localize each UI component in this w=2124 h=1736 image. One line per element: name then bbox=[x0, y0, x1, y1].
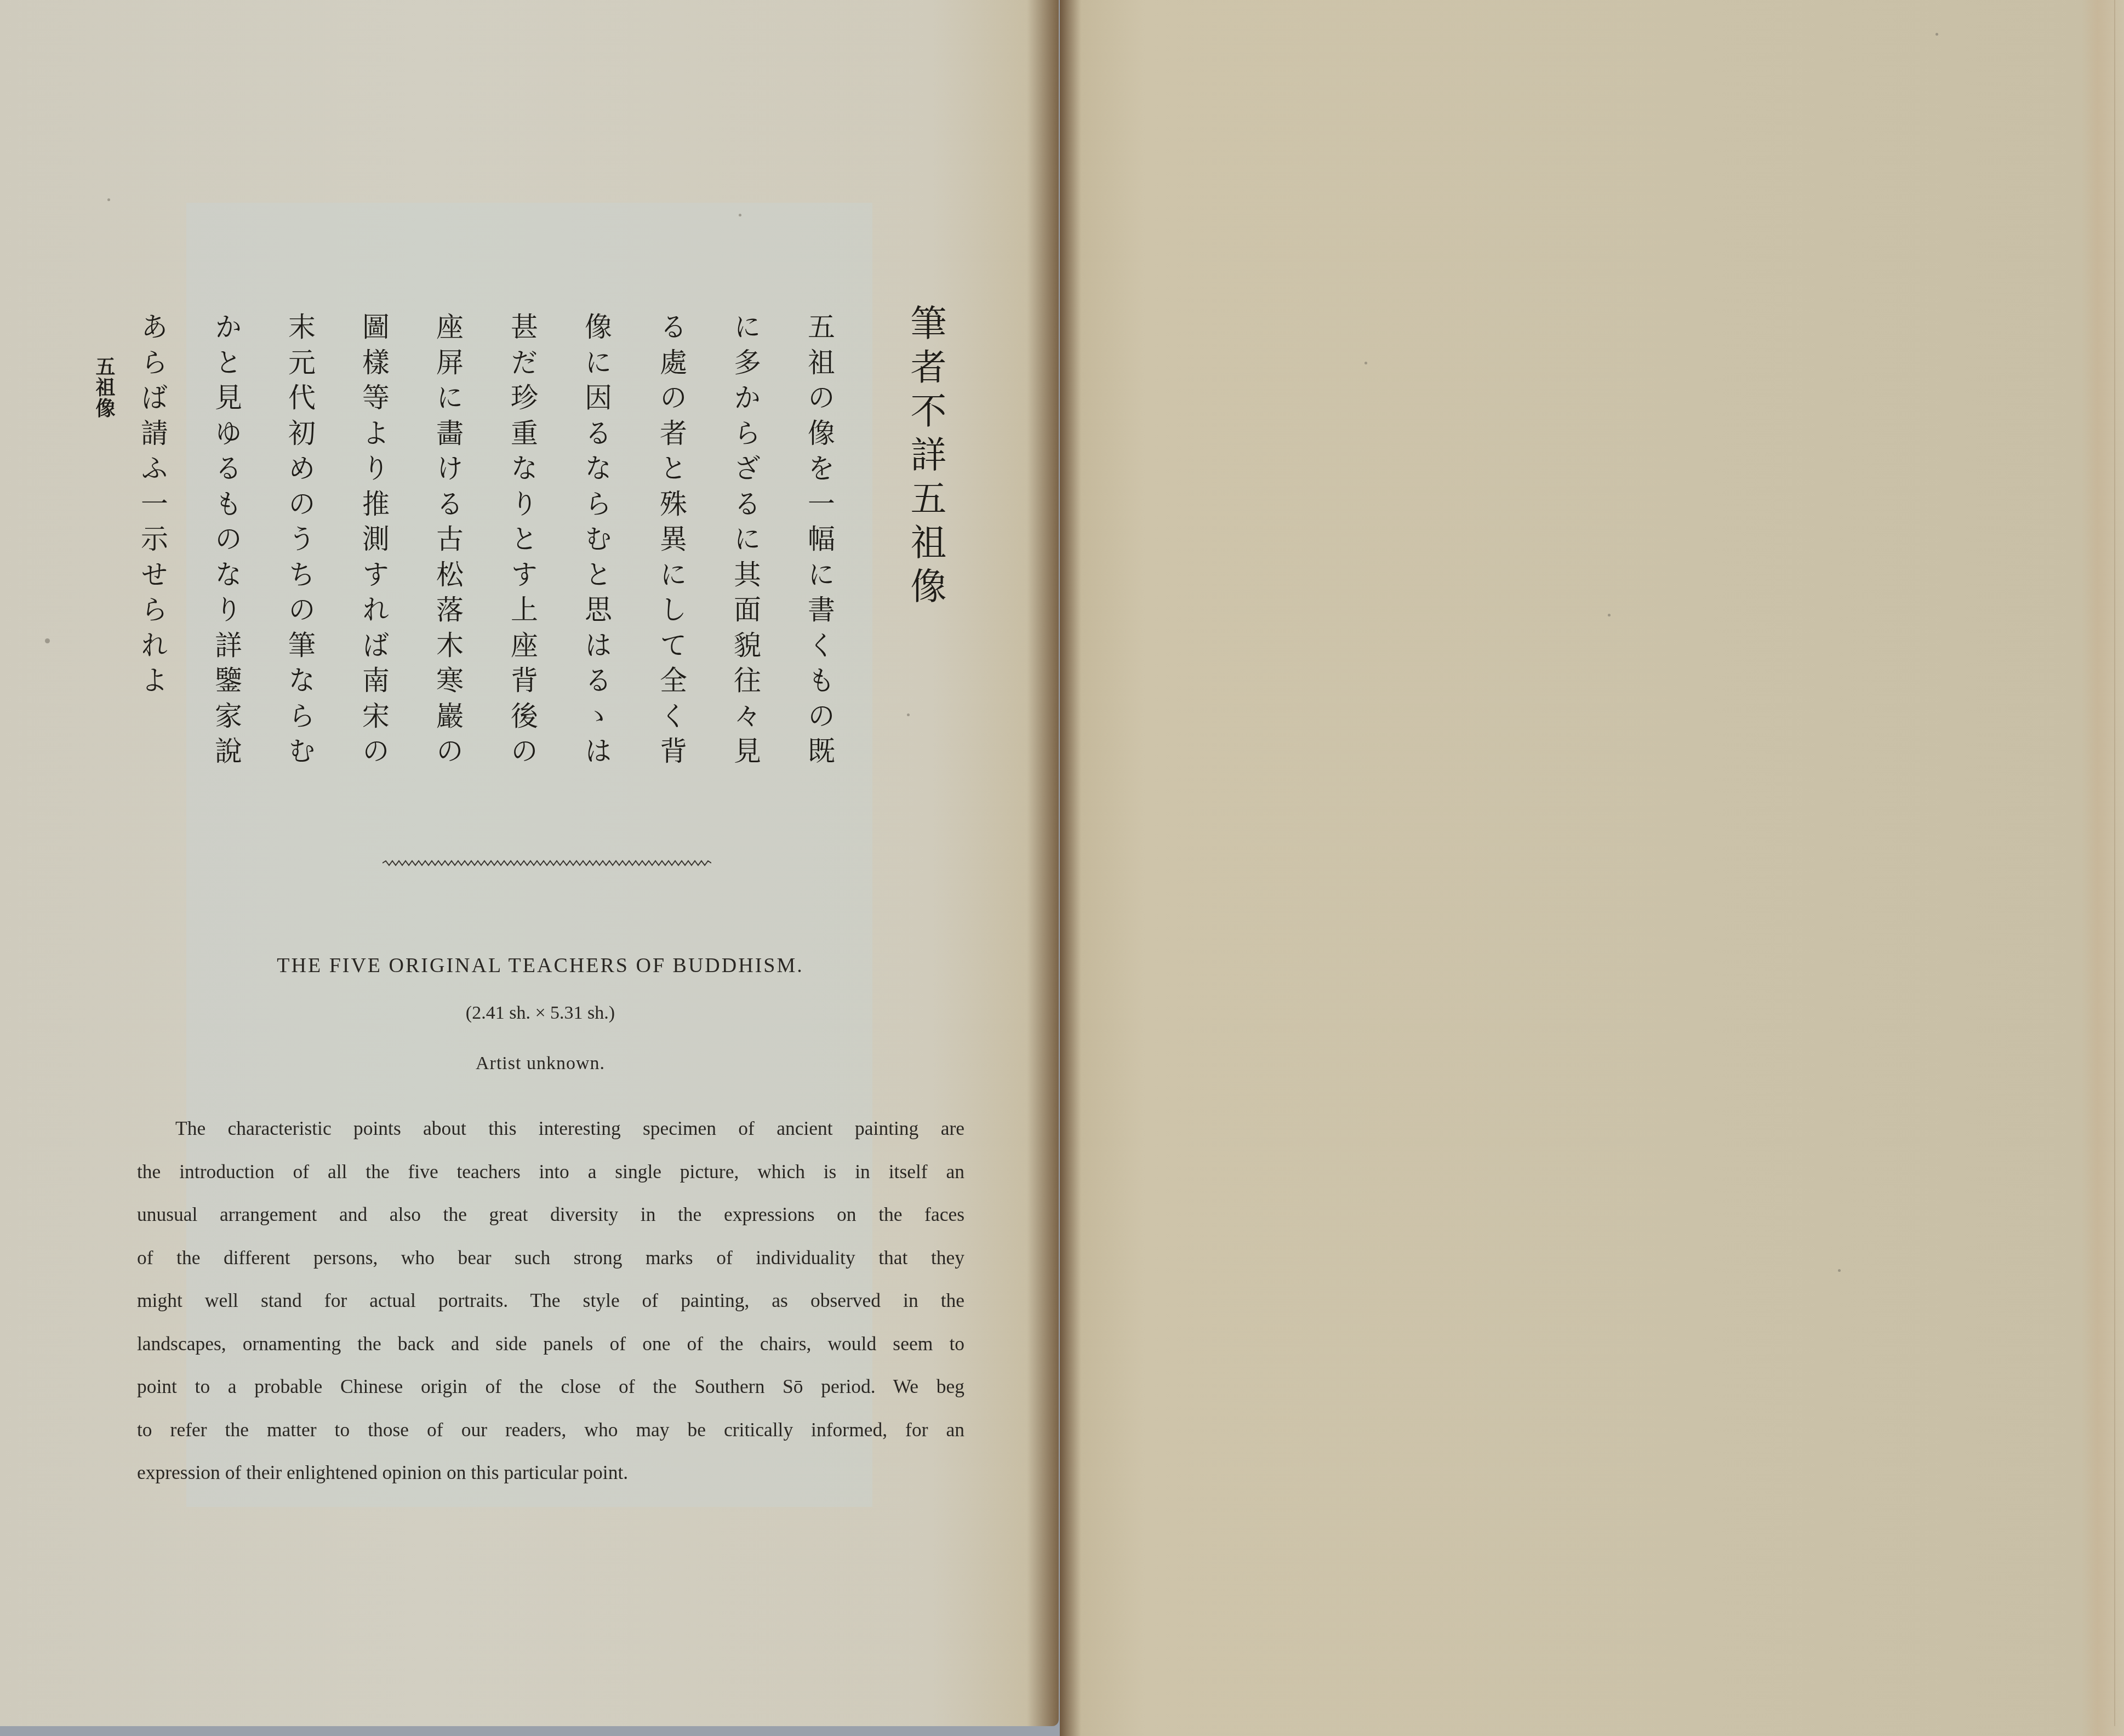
japanese-column-5: 甚だ珍重なりとす上座背後の bbox=[509, 312, 536, 772]
paper-speck bbox=[1608, 614, 1611, 616]
paper-speck bbox=[1935, 33, 1938, 36]
right-page-blank bbox=[1060, 0, 2124, 1736]
paragraph-line: expression of their enlightened opinion … bbox=[137, 1451, 964, 1494]
paragraph-line: unusual arrangement and also the great d… bbox=[137, 1193, 964, 1236]
paper-speck bbox=[45, 638, 50, 643]
english-title: THE FIVE ORIGINAL TEACHERS OF BUDDHISM. bbox=[0, 953, 1059, 978]
japanese-column-8: 末元代初めのうちの筆ならむ bbox=[286, 312, 313, 772]
wavy-divider bbox=[382, 859, 711, 867]
japanese-column-10: あらば請ふ一示せられよ bbox=[139, 312, 166, 701]
artist-attribution: Artist unknown. bbox=[0, 1053, 1059, 1074]
paragraph-line: of the different persons, who bear such … bbox=[137, 1236, 964, 1280]
japanese-column-6: 座屏に畵ける古松落木寒巖の bbox=[434, 312, 461, 772]
page-edge bbox=[2114, 0, 2115, 1726]
paper-speck bbox=[1364, 362, 1367, 364]
painting-dimensions: (2.41 sh. × 5.31 sh.) bbox=[0, 1003, 1059, 1024]
paper-speck bbox=[739, 214, 741, 216]
japanese-column-7: 圖樣等より推測すれば南宋の bbox=[360, 312, 387, 772]
japanese-caption: 五祖像 bbox=[94, 356, 114, 419]
paragraph-line: The characteristic points about this int… bbox=[137, 1107, 964, 1150]
japanese-column-4: 像に因るならむと思はるゝは bbox=[583, 312, 610, 772]
paragraph-line: to refer the matter to those of our read… bbox=[137, 1408, 964, 1452]
paragraph-line: might well stand for actual portraits. T… bbox=[137, 1279, 964, 1322]
paragraph-line: point to a probable Chinese origin of th… bbox=[137, 1365, 964, 1408]
book-spread: 筆者不詳五祖像 五祖の像を一幅に書くもの既 に多からざるに其面貌往々見 る處の者… bbox=[0, 0, 2124, 1736]
japanese-column-3: る處の者と殊異にして全く背 bbox=[658, 312, 685, 772]
paragraph-line: the introduction of all the five teacher… bbox=[137, 1150, 964, 1193]
left-page: 筆者不詳五祖像 五祖の像を一幅に書くもの既 に多からざるに其面貌往々見 る處の者… bbox=[0, 0, 1059, 1726]
paper-speck bbox=[1838, 1269, 1841, 1272]
paragraph-line: landscapes, ornamenting the back and sid… bbox=[137, 1322, 964, 1366]
japanese-column-2: に多からざるに其面貌往々見 bbox=[732, 312, 759, 772]
paper-speck bbox=[907, 713, 910, 716]
paper-speck bbox=[107, 198, 110, 201]
japanese-column-1: 五祖の像を一幅に書くもの既 bbox=[806, 312, 833, 772]
japanese-title: 筆者不詳五祖像 bbox=[907, 304, 943, 611]
english-description: The characteristic points about this int… bbox=[137, 1107, 964, 1494]
japanese-column-9: かと見ゆるものなり詳鑒家說 bbox=[213, 312, 240, 772]
